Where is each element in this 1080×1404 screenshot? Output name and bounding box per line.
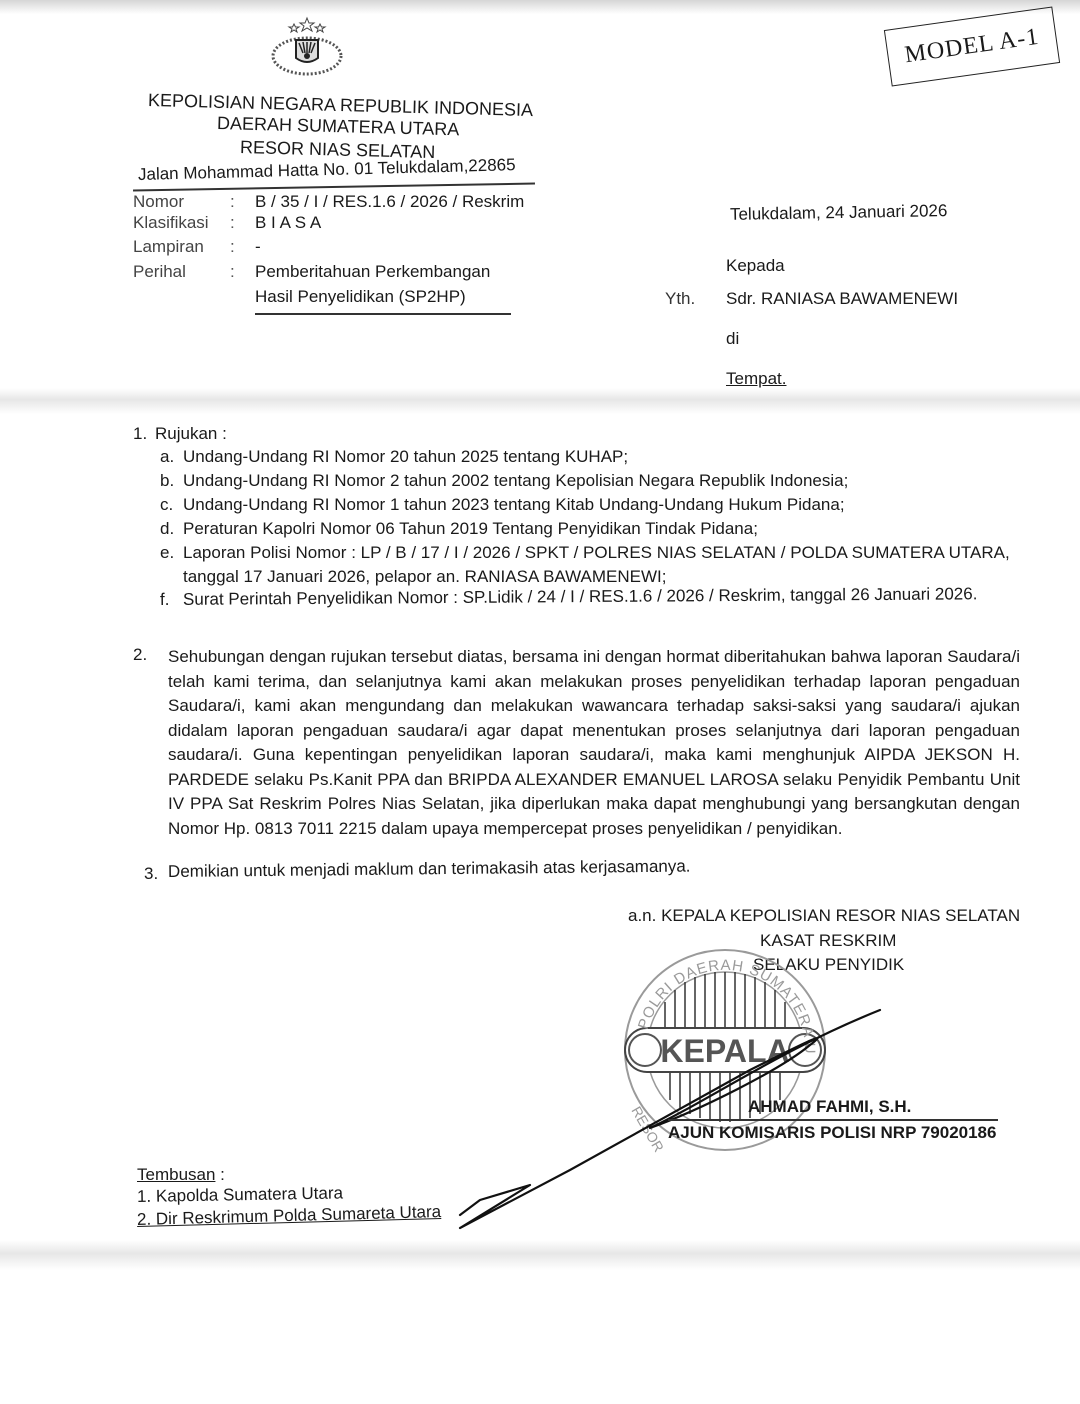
section3-number: 3. bbox=[144, 864, 158, 884]
section1-number: 1. bbox=[133, 424, 147, 444]
tembusan-title: Tembusan : bbox=[137, 1165, 225, 1185]
section3-text: Demikian untuk menjadi maklum dan terima… bbox=[168, 857, 691, 882]
recipient-di: di bbox=[726, 329, 739, 349]
recipient-name: Sdr. RANIASA BAWAMENEWI bbox=[726, 289, 958, 309]
meta-perihal-line2: Hasil Penyelidikan (SP2HP) bbox=[255, 287, 466, 307]
reference-item: d. Peraturan Kapolri Nomor 06 Tahun 2019… bbox=[160, 519, 174, 539]
section1-title: Rujukan : bbox=[155, 424, 227, 444]
recipient-tempat: Tempat. bbox=[726, 369, 786, 389]
recipient-yth: Yth. bbox=[665, 289, 695, 309]
section2-paragraph: Sehubungan dengan rujukan tersebut diata… bbox=[168, 645, 1020, 841]
signatory-name: AHMAD FAHMI, S.H. bbox=[748, 1097, 911, 1117]
paper-fold bbox=[0, 388, 1080, 414]
police-crest-icon bbox=[270, 16, 345, 78]
reference-item-continued: tanggal 17 Januari 2026, pelapor an. RAN… bbox=[183, 567, 667, 587]
header-address: Jalan Mohammad Hatta No. 01 Telukdalam,2… bbox=[138, 155, 516, 185]
reference-item: e. Laporan Polisi Nomor : LP / B / 17 / … bbox=[160, 543, 174, 563]
reference-item: b. Undang-Undang RI Nomor 2 tahun 2002 t… bbox=[160, 471, 174, 491]
reference-item: c. Undang-Undang RI Nomor 1 tahun 2023 t… bbox=[160, 495, 173, 515]
header-divider bbox=[133, 182, 535, 191]
tembusan-item: 2. Dir Reskrimum Polda Sumareta Utara bbox=[137, 1202, 442, 1230]
paper-shadow bbox=[0, 0, 1080, 14]
model-label: MODEL A-1 bbox=[884, 6, 1060, 86]
signatory-rank-nrp: AJUN KOMISARIS POLISI NRP 79020186 bbox=[668, 1123, 996, 1143]
signature-on-behalf: a.n. KEPALA KEPOLISIAN RESOR NIAS SELATA… bbox=[628, 906, 1020, 926]
place-date: Telukdalam, 24 Januari 2026 bbox=[730, 201, 948, 225]
section2-number: 2. bbox=[133, 645, 147, 665]
perihal-underline bbox=[255, 313, 511, 315]
paper-fold bbox=[0, 1240, 1080, 1270]
tembusan-item: 1. Kapolda Sumatera Utara bbox=[137, 1183, 343, 1207]
signatory-underline bbox=[668, 1119, 998, 1121]
reference-item: f. Surat Perintah Penyelidikan Nomor : S… bbox=[160, 590, 170, 610]
reference-item: a. Undang-Undang RI Nomor 20 tahun 2025 … bbox=[160, 447, 174, 467]
recipient-kepada: Kepada bbox=[726, 256, 785, 276]
